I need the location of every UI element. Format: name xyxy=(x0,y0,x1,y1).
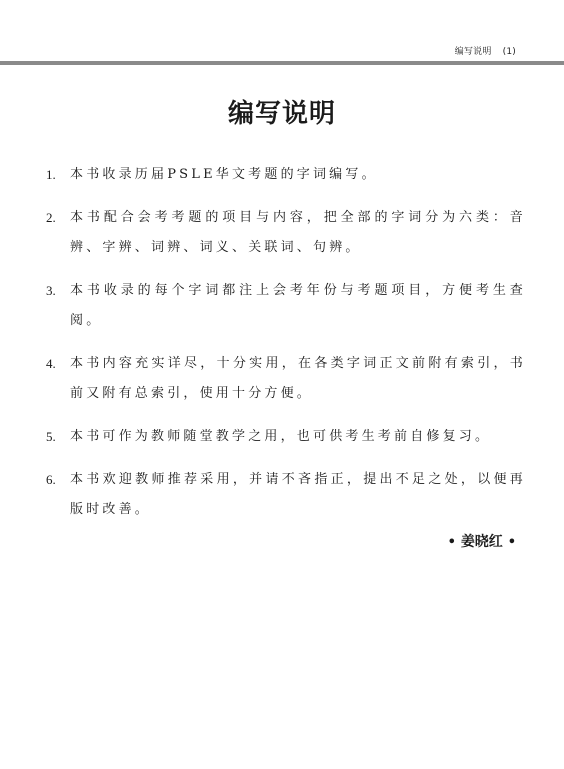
note-item-4: 4. 本书内容充实详尽，十分实用，在各类字词正文前附有索引，书前又附有总索引，使… xyxy=(46,349,526,409)
note-number: 2. xyxy=(46,203,70,263)
bullet-icon: • xyxy=(448,535,456,550)
note-text: 本书收录的每个字词都注上会考年份与考题项目，方便考生查阅。 xyxy=(70,276,526,336)
note-item-3: 3. 本书收录的每个字词都注上会考年份与考题项目，方便考生查阅。 xyxy=(46,276,526,336)
author-signature: • 姜晓红 • xyxy=(448,531,516,551)
header-rule xyxy=(0,61,564,65)
note-text: 本书内容充实详尽，十分实用，在各类字词正文前附有索引，书前又附有总索引，使用十分… xyxy=(70,349,526,409)
note-number: 5. xyxy=(46,422,70,452)
note-number: 3. xyxy=(46,276,70,336)
note-item-2: 2. 本书配合会考考题的项目与内容，把全部的字词分为六类：音辨、字辨、词辨、词义… xyxy=(46,203,526,263)
note-text: 本书可作为教师随堂教学之用，也可供考生考前自修复习。 xyxy=(70,422,526,452)
running-header-title: 编写说明 xyxy=(455,47,492,57)
bullet-icon: • xyxy=(508,535,516,550)
note-number: 4. xyxy=(46,349,70,409)
page-number: (1) xyxy=(503,47,516,57)
note-item-6: 6. 本书欢迎教师推荐采用，并请不吝指正，提出不足之处，以便再版时改善。 xyxy=(46,465,526,525)
running-header: 编写说明 (1) xyxy=(455,44,516,57)
note-text: 本书收录历届PSLE华文考题的字词编写。 xyxy=(70,160,526,190)
author-name: 姜晓红 xyxy=(461,534,503,550)
page-title: 编写说明 xyxy=(0,93,564,130)
note-number: 6. xyxy=(46,465,70,525)
note-text: 本书欢迎教师推荐采用，并请不吝指正，提出不足之处，以便再版时改善。 xyxy=(70,465,526,525)
note-text: 本书配合会考考题的项目与内容，把全部的字词分为六类：音辨、字辨、词辨、词义、关联… xyxy=(70,203,526,263)
note-number: 1. xyxy=(46,160,70,190)
note-item-1: 1. 本书收录历届PSLE华文考题的字词编写。 xyxy=(46,160,526,190)
note-item-5: 5. 本书可作为教师随堂教学之用，也可供考生考前自修复习。 xyxy=(46,422,526,452)
notes-list: 1. 本书收录历届PSLE华文考题的字词编写。 2. 本书配合会考考题的项目与内… xyxy=(46,160,526,538)
